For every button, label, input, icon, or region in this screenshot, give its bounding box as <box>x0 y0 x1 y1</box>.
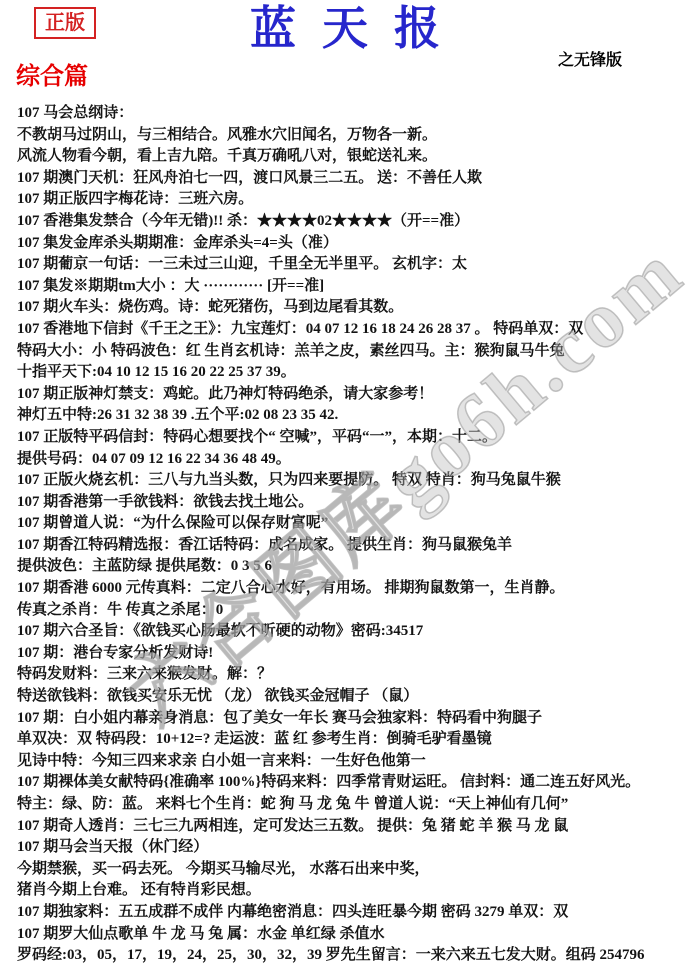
edition-label: 之无锋版 <box>558 47 622 70</box>
report-line: 风流人物看今朝，看上吉九陪。千真万确吼八对，银蛇送礼来。 <box>17 146 686 168</box>
report-line: 见诗中特：今知三四来求亲 白小姐一言来料：一生好色他第一 <box>17 751 686 773</box>
report-line: 107 马会总纲诗： <box>17 103 686 125</box>
report-line: 107 期香港第一手欲钱料：欲钱去找土地公。 <box>17 492 686 514</box>
report-line: 107 期罗大仙点歌单 牛 龙 马 兔 属：水金 单红绿 杀值水 <box>17 924 686 946</box>
report-line: 今期禁猴，买一码去死。 今期买马输尽光， 水落石出来中奖， <box>17 859 686 881</box>
report-line: 107 期裸体美女献特码{准确率 100%}特码来料：四季常青财运旺。 信封料：… <box>17 772 686 794</box>
report-line: 不教胡马过阴山，与三相结合。风雅水穴旧闻名，万物各一新。 <box>17 125 686 147</box>
report-line: 107 正版特平码信封：特码心想要找个“ 空喊”，平码“一”，本期：十二。 <box>17 427 686 449</box>
report-line: 107 期：白小姐内幕亲身消息：包了美女一年长 赛马会独家料：特码看中狗腿子 <box>17 708 686 730</box>
report-line: 特主：绿、防：蓝。 来料七个生肖：蛇 狗 马 龙 兔 牛 曾道人说：“天上神仙有… <box>17 794 686 816</box>
report-line: 107 期火车头：烧伤鸡。诗：蛇死猪伤，马到边尾看其数。 <box>17 297 686 319</box>
report-line: 107 期香港 6000 元传真料：二定八合心水好，有用场。 排期狗鼠数第一，生… <box>17 578 686 600</box>
report-line: 107 集发※期期tm大小 ：大 ············ [开==准] <box>17 276 686 298</box>
report-line: 提供波色：主蓝防绿 提供尾数：0 3 5 6 <box>17 556 686 578</box>
report-line: 特码发财料：三来六来猴发财。解：？ <box>17 664 686 686</box>
report-line: 107 期曾道人说：“为什么保险可以保存财富呢” <box>17 513 686 535</box>
report-line: 107 期正版四字梅花诗：三班六房。 <box>17 189 686 211</box>
report-line: 神灯五中特:26 31 32 38 39 .五个平:02 08 23 35 42… <box>17 405 686 427</box>
report-line: 107 期独家料：五五成群不成伴 内幕绝密消息：四头连旺暴今期 密码 3279 … <box>17 902 686 924</box>
body-lines: 107 马会总纲诗：不教胡马过阴山，与三相结合。风雅水穴旧闻名，万物各一新。风流… <box>17 103 686 967</box>
report-line: 107 期：港台专家分析发财诗! <box>17 643 686 665</box>
report-line: 罗码经:03，05，17，19，24，25，30，32，39 罗先生留言：一来六… <box>17 945 686 967</box>
report-line: 107 期六合圣旨：《欲钱买心肠最软不听硬的动物》密码:34517 <box>17 621 686 643</box>
report-line: 提供号码：04 07 09 12 16 22 34 36 48 49。 <box>17 449 686 471</box>
report-line: 107 期香江特码精选报：香江话特码：成名成家。 提供生肖：狗马鼠猴兔羊 <box>17 535 686 557</box>
report-line: 特送欲钱料：欲钱买安乐无忧 （龙） 欲钱买金冠帽子 （鼠） <box>17 686 686 708</box>
report-line: 107 集发金库杀头期期准：金库杀头=4=头（准） <box>17 233 686 255</box>
report-line: 107 香港集发禁合（今年无错)!! 杀：★★★★02★★★★（开==准） <box>17 211 686 233</box>
section-title: 综合篇 <box>16 56 88 91</box>
report-line: 107 期葡京一句话：一三未过三山迎，千里全无半里平。 玄机字：太 <box>17 254 686 276</box>
report-line: 107 期奇人透肖：三七三九两相连，定可发达三五数。 提供：兔 猪 蛇 羊 猴 … <box>17 816 686 838</box>
report-line: 十指平天下:04 10 12 15 16 20 22 25 37 39。 <box>17 362 686 384</box>
report-line: 传真之杀肖：牛 传真之杀尾：0 <box>17 600 686 622</box>
report-line: 单双决：双 特码段：10+12=? 走运波：蓝 红 参考生肖：倒骑毛驴看墨镜 <box>17 729 686 751</box>
report-line: 特码大小：小 特码波色：红 生肖玄机诗：羔羊之皮，素丝四马。主：猴狗鼠马牛兔 <box>17 341 686 363</box>
report-line: 107 期正版神灯禁支：鸡蛇。此乃神灯特码绝杀，请大家参考！ <box>17 384 686 406</box>
report-line: 107 期澳门天机：狂风舟泊七一四，渡口风景三二五。 送：不善任人欺 <box>17 168 686 190</box>
report-line: 107 香港地下信封《千王之王》：九宝莲灯：04 07 12 16 18 24 … <box>17 319 686 341</box>
report-line: 猪肖今期上台难。 还有特肖彩民想。 <box>17 880 686 902</box>
report-line: 107 期马会当天报（休门经） <box>17 837 686 859</box>
report-line: 107 正版火烧玄机：三八与九当头数，只为四来要提防。 特双 特肖：狗马兔鼠牛猴 <box>17 470 686 492</box>
